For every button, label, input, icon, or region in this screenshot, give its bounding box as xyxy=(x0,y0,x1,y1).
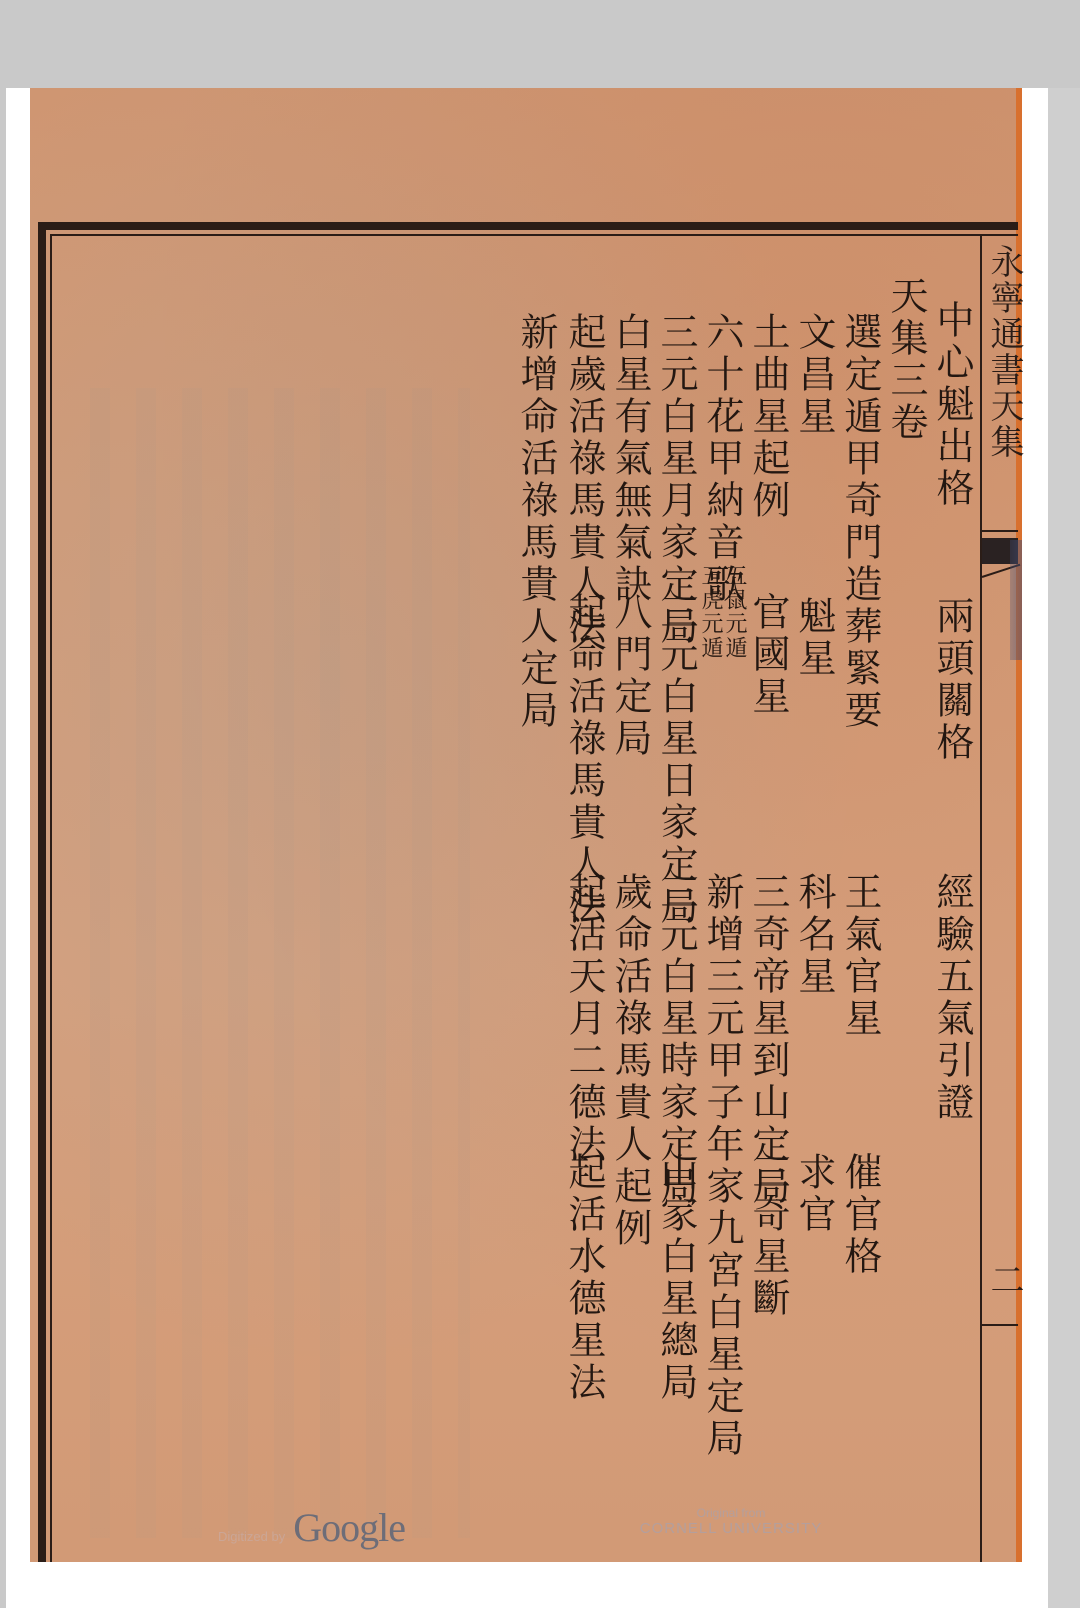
toc-entry: 求官 xyxy=(792,1152,836,1236)
toc-entry: 八門定局 xyxy=(608,592,652,760)
toc-entry: 選定遁甲奇門造葬緊要 xyxy=(838,312,882,732)
digitized-by-label: Digitized by xyxy=(218,1529,285,1544)
toc-entry: 文昌星 xyxy=(792,312,836,438)
google-watermark: Digitized by Google xyxy=(218,1504,405,1551)
toc-entry: 新增三元甲子年家九宮白星定局 xyxy=(700,872,744,1460)
toc-volume-heading: 天集三卷 xyxy=(884,276,928,444)
toc-entry: 土曲星起例 xyxy=(746,312,790,522)
toc-entry: 王氣官星 xyxy=(838,872,882,1040)
frame-border-top-inner xyxy=(50,234,1018,236)
toc-entry: 歲命活祿馬貴人起例 xyxy=(608,872,652,1250)
fishtail-rule xyxy=(982,530,1018,532)
viewer-scrollbar[interactable] xyxy=(1048,88,1080,1608)
toc-entry: 經驗五氣引證 xyxy=(930,872,974,1124)
toc-entry: 白星有氣無氣訣 xyxy=(608,312,652,606)
toc-annotation: 五鼠元遁 xyxy=(722,564,746,660)
toc-entry: 起活水德星法 xyxy=(562,1152,606,1404)
toc-entry: 催官格 xyxy=(838,1152,882,1278)
frame-margin-rule xyxy=(980,234,982,1562)
margin-title: 永寧通書天集 xyxy=(986,244,1022,460)
toc-entry: 山家白星總局 xyxy=(654,1152,698,1404)
margin-rule-lower xyxy=(982,1324,1018,1326)
original-from-label: Original from xyxy=(636,1506,826,1520)
toc-entry: 新增命活祿馬貴人定局 xyxy=(514,312,558,732)
page-fold-shadow xyxy=(1010,540,1022,660)
toc-entry: 三奇星斷 xyxy=(746,1152,790,1320)
toc-entry: 科名星 xyxy=(792,872,836,998)
viewer-top-bar xyxy=(0,0,1080,88)
toc-entry: 中心魁出格 xyxy=(930,300,974,510)
frame-border-left-inner xyxy=(50,234,52,1562)
toc-entry: 官國星 xyxy=(746,592,790,718)
toc-entry: 起活天月二德法 xyxy=(562,872,606,1166)
toc-entry: 六十花甲納音歌 xyxy=(700,312,744,606)
frame-border-top xyxy=(40,222,1018,230)
google-logo: Google xyxy=(293,1504,405,1551)
library-watermark: Original from CORNELL UNIVERSITY xyxy=(636,1506,826,1537)
toc-entry: 魁星 xyxy=(792,596,836,680)
page-number: 二 xyxy=(986,1262,1022,1298)
frame-border-left xyxy=(38,222,46,1562)
toc-entry: 兩頭關格 xyxy=(930,596,974,764)
university-name: CORNELL UNIVERSITY xyxy=(636,1520,826,1537)
toc-annotation: 五虎元遁 xyxy=(698,564,722,660)
scanned-page xyxy=(30,88,1022,1562)
